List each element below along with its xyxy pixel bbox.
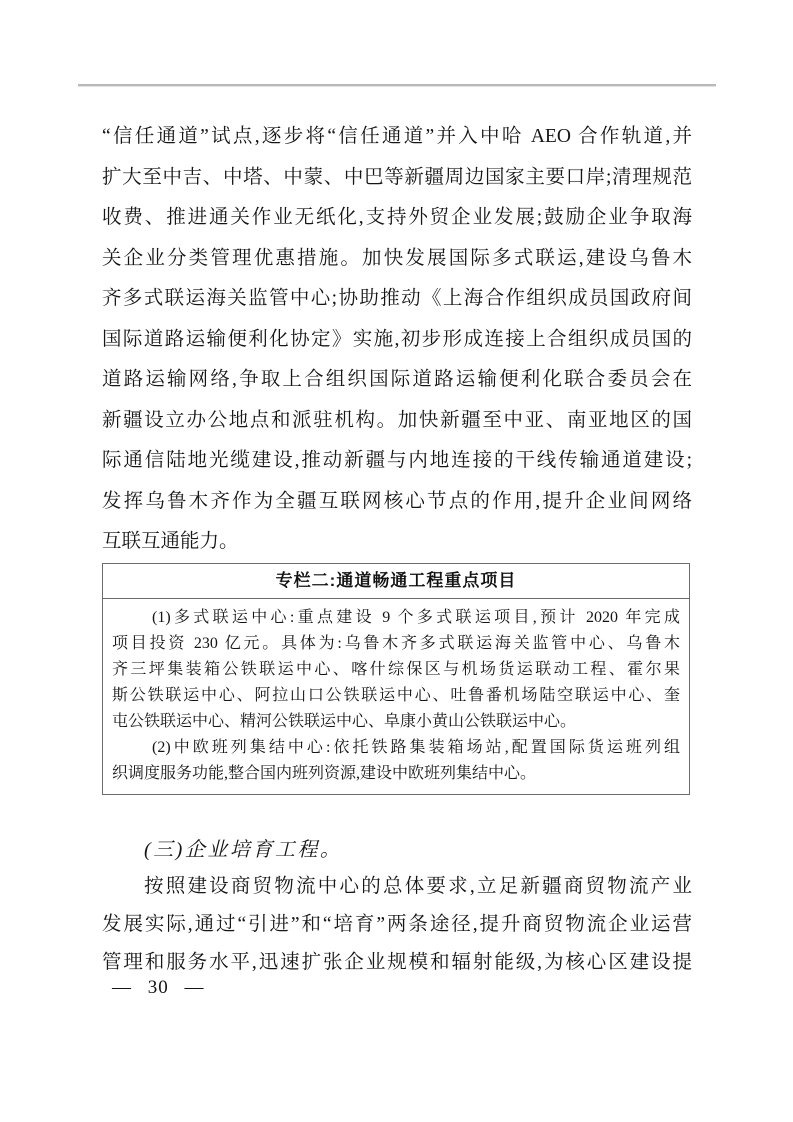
feature-box-title: 专栏二:通道畅通工程重点项目: [103, 564, 689, 599]
feature-box-column-2: 专栏二:通道畅通工程重点项目 (1)多式联运中心:重点建设 9 个多式联运项目,…: [102, 563, 690, 795]
body-line: 国际道路运输便利化协定》实施,初步形成连接上合组织成员国的: [102, 320, 692, 361]
body-line: 新疆设立办公地点和派驻机构。加快新疆至中亚、南亚地区的国: [102, 401, 692, 442]
box-line: 屯公铁联运中心、精河公铁联运中心、阜康小黄山公铁联运中心。: [112, 709, 680, 735]
body-line: 收费、推进通关作业无纸化,支持外贸企业发展;鼓励企业争取海: [102, 198, 692, 239]
body-line: 互联互通能力。: [102, 522, 692, 563]
body-line: 关企业分类管理优惠措施。加快发展国际多式联运,建设乌鲁木: [102, 239, 692, 280]
box-line: 齐三坪集装箱公铁联运中心、喀什综保区与机场货运联动工程、霍尔果: [112, 657, 680, 683]
box-line: (1)多式联运中心:重点建设 9 个多式联运项目,预计 2020 年完成: [112, 605, 680, 631]
body-line: 际通信陆地光缆建设,推动新疆与内地连接的干线传输通道建设;: [102, 441, 692, 482]
document-page: “信任通道”试点,逐步将“信任通道”并入中哈 AEO 合作轨道,并 扩大至中吉、…: [0, 0, 793, 1122]
body-line: 按照建设商贸物流中心的总体要求,立足新疆商贸物流产业: [102, 868, 692, 906]
body-line: “信任通道”试点,逐步将“信任通道”并入中哈 AEO 合作轨道,并: [102, 117, 692, 158]
box-line: 织调度服务功能,整合国内班列资源,建设中欧班列集结中心。: [112, 761, 680, 787]
feature-box-body: (1)多式联运中心:重点建设 9 个多式联运项目,预计 2020 年完成 项目投…: [103, 599, 689, 794]
header-rule: [78, 84, 716, 87]
box-line: 斯公铁联运中心、阿拉山口公铁联运中心、吐鲁番机场陆空联运中心、奎: [112, 683, 680, 709]
page-number: — 30 —: [112, 977, 205, 999]
body-line: 齐多式联运海关监管中心;协助推动《上海合作组织成员国政府间: [102, 279, 692, 320]
section-paragraph: 按照建设商贸物流中心的总体要求,立足新疆商贸物流产业 发展实际,通过“引进”和“…: [102, 868, 692, 982]
body-line: 发挥乌鲁木齐作为全疆互联网核心节点的作用,提升企业间网络: [102, 482, 692, 523]
section-heading: (三)企业培育工程。: [102, 833, 692, 862]
body-line: 道路运输网络,争取上合组织国际道路运输便利化联合委员会在: [102, 360, 692, 401]
box-line: 项目投资 230 亿元。具体为:乌鲁木齐多式联运海关监管中心、乌鲁木: [112, 631, 680, 657]
box-line: (2)中欧班列集结中心:依托铁路集装箱场站,配置国际货运班列组: [112, 735, 680, 761]
paragraph-continuation: “信任通道”试点,逐步将“信任通道”并入中哈 AEO 合作轨道,并 扩大至中吉、…: [102, 117, 692, 563]
body-line: 发展实际,通过“引进”和“培育”两条途径,提升商贸物流企业运营: [102, 906, 692, 944]
body-line: 扩大至中吉、中塔、中蒙、中巴等新疆周边国家主要口岸;清理规范: [102, 158, 692, 199]
